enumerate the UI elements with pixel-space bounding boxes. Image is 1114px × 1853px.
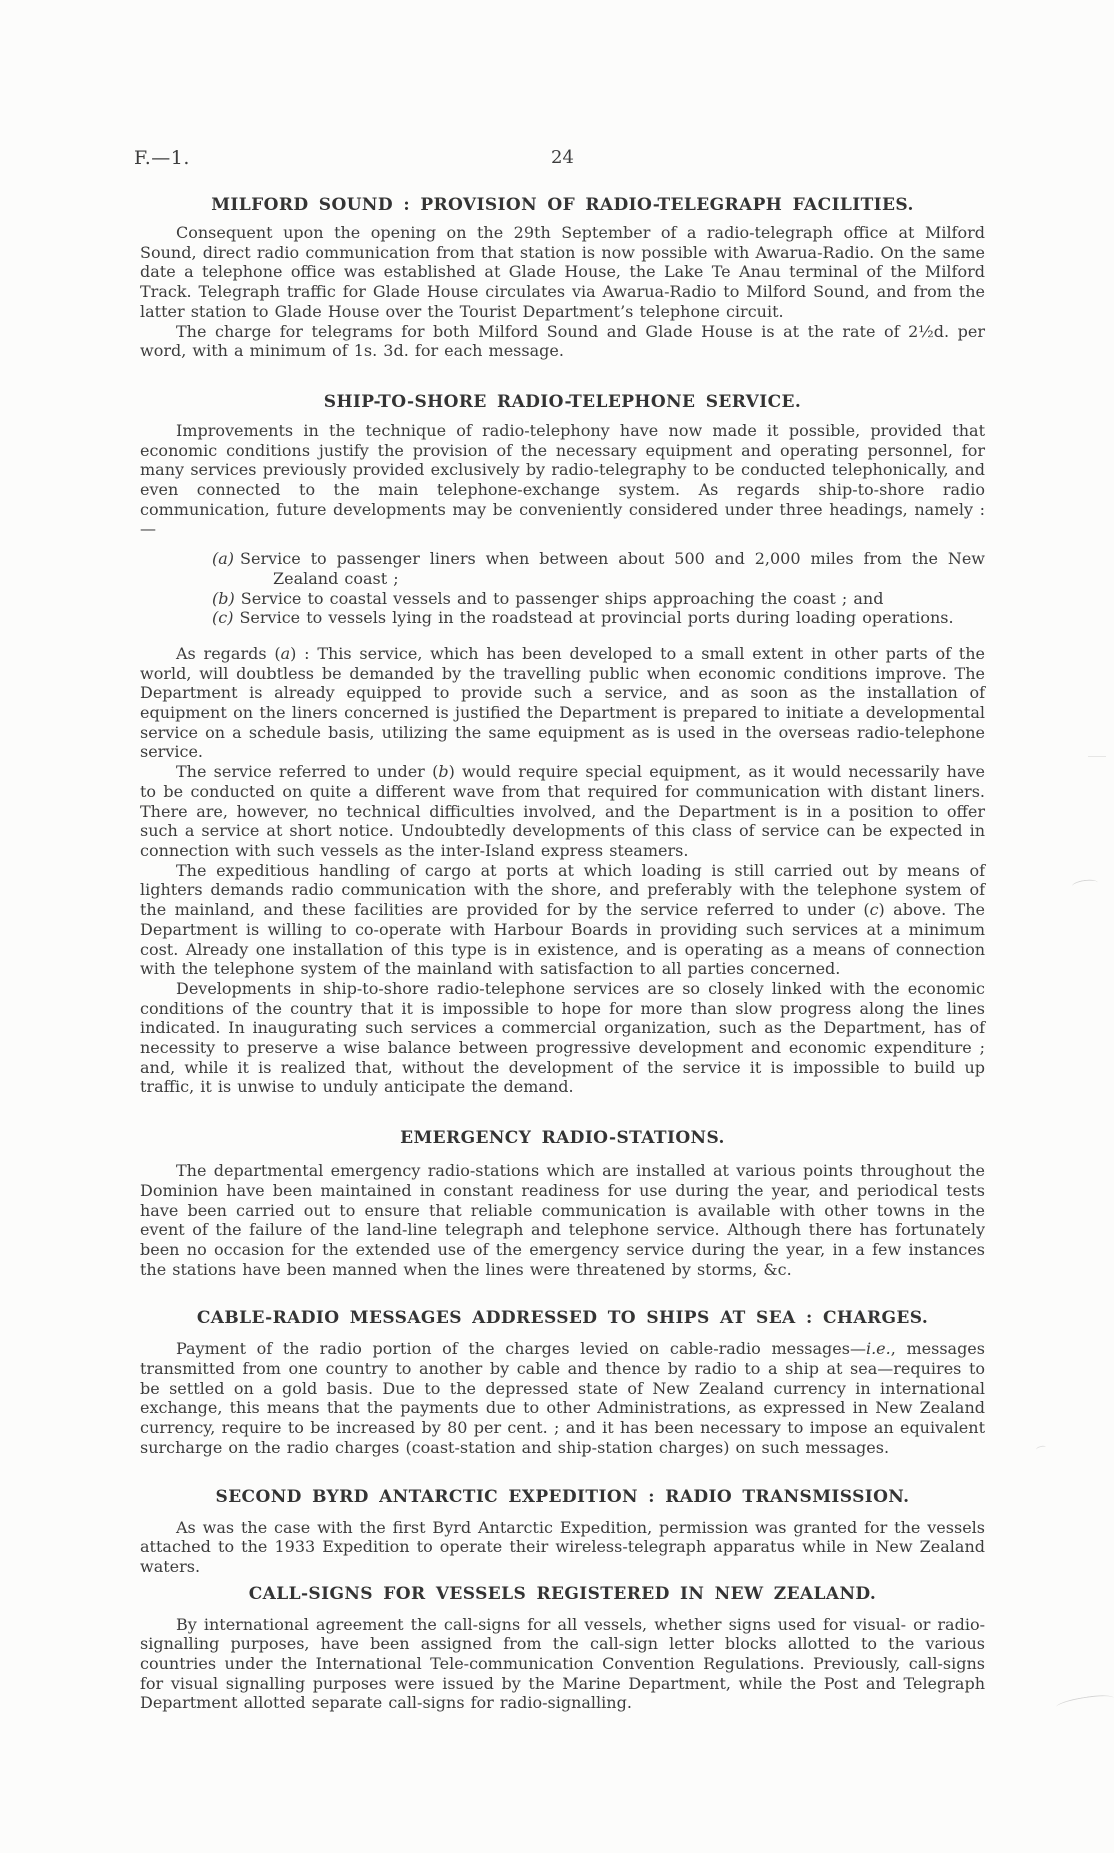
list-item-b: (b)Service to coastal vessels and to pas… [140, 589, 985, 609]
pencil-mark [1088, 756, 1106, 759]
paragraph: As was the case with the first Byrd Anta… [140, 1518, 985, 1577]
list-item-text: Service to coastal vessels and to passen… [241, 589, 884, 608]
text-column: F.—1. 24 MILFORD SOUND : PROVISION OF RA… [140, 147, 985, 1713]
document-page: F.—1. 24 MILFORD SOUND : PROVISION OF RA… [0, 0, 1114, 1853]
section-heading-call-signs: CALL-SIGNS FOR VESSELS REGISTERED IN NEW… [140, 1583, 985, 1605]
pencil-mark [1072, 878, 1099, 891]
list-item-label: (b) [212, 589, 235, 608]
report-code: F.—1. [134, 147, 190, 169]
list-item-a: (a)Service to passenger liners when betw… [140, 549, 985, 588]
list-item-label: (c) [212, 608, 233, 627]
paragraph: The departmental emergency radio-station… [140, 1161, 985, 1279]
paragraph: Improvements in the technique of radio-t… [140, 421, 985, 539]
section-heading-cable-radio: CABLE-RADIO MESSAGES ADDRESSED TO SHIPS … [140, 1307, 985, 1329]
section-heading-ship-to-shore: SHIP-TO-SHORE RADIO-TELEPHONE SERVICE. [140, 391, 985, 413]
paragraph: Payment of the radio portion of the char… [140, 1339, 985, 1457]
list-item-c: (c)Service to vessels lying in the roads… [140, 608, 985, 628]
section-heading-emergency: EMERGENCY RADIO-STATIONS. [140, 1127, 985, 1149]
list-item-text: Service to vessels lying in the roadstea… [239, 608, 953, 627]
pencil-mark [1036, 1445, 1047, 1452]
page-header: F.—1. 24 [140, 147, 985, 173]
paragraph: The expeditious handling of cargo at por… [140, 861, 985, 979]
pencil-mark [1055, 1693, 1114, 1713]
paragraph: The charge for telegrams for both Milfor… [140, 322, 985, 361]
section-heading-milford-sound: MILFORD SOUND : PROVISION OF RADIO-TELEG… [140, 194, 985, 216]
paragraph: By international agreement the call-sign… [140, 1615, 985, 1714]
page-number: 24 [140, 147, 985, 168]
paragraph: The service referred to under (b) would … [140, 762, 985, 861]
section-heading-byrd-expedition: SECOND BYRD ANTARCTIC EXPEDITION : RADIO… [140, 1486, 985, 1508]
list-item-label: (a) [212, 549, 234, 568]
headings-list: (a)Service to passenger liners when betw… [140, 549, 985, 628]
list-item-text: Service to passenger liners when between… [240, 549, 985, 588]
paragraph: As regards (a) : This service, which has… [140, 644, 985, 762]
paragraph: Consequent upon the opening on the 29th … [140, 223, 985, 322]
paragraph: Developments in ship-to-shore radio-tele… [140, 979, 985, 1097]
